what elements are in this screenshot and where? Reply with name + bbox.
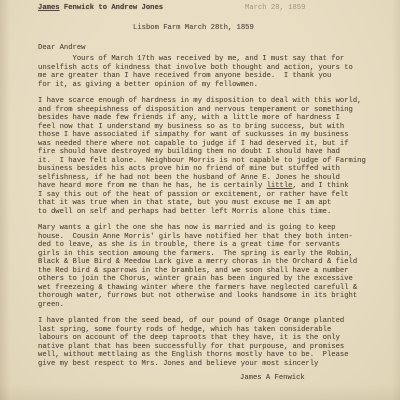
letter-line: last spring, some fourty rods of hedge, … <box>38 326 376 335</box>
letter-line: selfishness, if he had not been the husb… <box>38 174 376 183</box>
letter-line: I have scarce enough of hardness in my d… <box>38 97 376 106</box>
letter-line: girls in this section amoung the farmers… <box>38 250 376 259</box>
letter-line: unselfish acts of kindness that involve … <box>38 64 376 73</box>
letter-line: have heard more from me than he has, he … <box>38 182 376 191</box>
letter-line: others to join the Chorus, winter grain … <box>38 275 376 284</box>
letter-line: those I have associated if simpathy for … <box>38 131 376 140</box>
letter-line: green. <box>38 301 376 310</box>
letter-dateline: Lisbom Farm March 28th, 1859 <box>133 24 376 33</box>
letter-header: James Fenwick to Andrew Jones March 28, … <box>38 4 376 13</box>
letter-date-stamp: March 28, 1859 <box>245 4 305 13</box>
letter-line: I have planted from the seed bead, of ou… <box>38 317 376 326</box>
letter-line: fire should have destroyed my building t… <box>38 148 376 157</box>
letter-line: the Red bird & sparrows in the brambles,… <box>38 267 376 276</box>
letter-line: besides have made few friends if any, wi… <box>38 114 376 123</box>
letter-line: was needed there where not capable to ju… <box>38 140 376 149</box>
letter-salutation: Dear Andrew <box>38 44 376 53</box>
letter-line: for it, as giving a better opinion of my… <box>38 81 376 90</box>
letter-line: to dwell on self and perhaps had better … <box>38 208 376 217</box>
letter-line: feel now that I understand my business s… <box>38 123 376 132</box>
letter-line: and from sheepishness of disposition and… <box>38 106 376 115</box>
letter-signature: James A Fenwick <box>240 374 376 383</box>
letter-paragraph-2: I have scarce enough of hardness in my d… <box>38 97 376 216</box>
letter-page: James Fenwick to Andrew Jones March 28, … <box>0 0 400 400</box>
letter-paragraph-3: Mary wants a girl the one she has now is… <box>38 224 376 309</box>
letter-line: wet freezeing & thawing winter where the… <box>38 284 376 293</box>
letter-line: Yours of March 17th was received by me, … <box>38 55 376 64</box>
letter-line: ded to leave, as she is in trouble, ther… <box>38 241 376 250</box>
letter-line: well, without mettlaing as the English t… <box>38 351 376 360</box>
letter-line: it. I have felt alone. Neighbour Morris … <box>38 157 376 166</box>
letter-paragraph-1: Yours of March 17th was received by me, … <box>38 55 376 89</box>
letter-line: me are greater than I have received from… <box>38 72 376 81</box>
letter-line: I say this out of the heat of passion or… <box>38 191 376 200</box>
letter-line: house. Cousin Anne Morris' girls have no… <box>38 233 376 242</box>
letter-line: Black & Blue Bird & Meedow Lark give a m… <box>38 258 376 267</box>
letter-paragraph-4: I have planted from the seed bead, of ou… <box>38 317 376 368</box>
letter-line: that it was true when in that state, but… <box>38 199 376 208</box>
letter-line: thorough water, furrows but not otherwis… <box>38 292 376 301</box>
letter-line: labours on account of the deep taproots … <box>38 334 376 343</box>
letter-title: James Fenwick to Andrew Jones <box>38 4 163 12</box>
letter-line: business besides his acts prove him no f… <box>38 165 376 174</box>
letter-line: give my best respect to Mrs. Jones and b… <box>38 360 376 369</box>
letter-line: native plant that has been successfully … <box>38 343 376 352</box>
letter-line: Mary wants a girl the one she has now is… <box>38 224 376 233</box>
